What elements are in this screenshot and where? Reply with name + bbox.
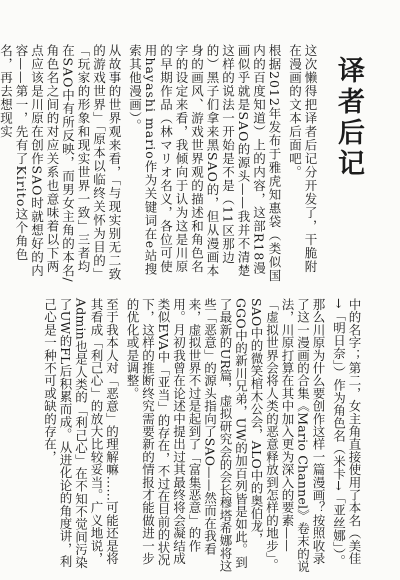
afterword-top-section: 译者后记 这次懒得把译者后记分开发了，干脆附在漫画的文本后面吧。 根据2012年… <box>0 44 365 284</box>
afterword-bottom-section: 中的名字；第二，女主角直接使用了本名（美佳→「明日奈」）作为角色名（米卡→「亚丝… <box>42 298 362 575</box>
afterword-page: 译者后记 这次懒得把译者后记分开发了，干脆附在漫画的文本后面吧。 根据2012年… <box>0 0 400 580</box>
paragraph-malice-interpretation: 至于我本人对「恶意」的理解嘛……可能还是将其看成「利己心」的放大比较妥当。广义地… <box>42 298 120 575</box>
paragraph-origin: 根据2012年发布于雅虎知惠袋（类似国内的百度知道）上的内容，这部R18漫画似乎… <box>127 44 282 284</box>
paragraph-names-continued: 中的名字；第二，女主角直接使用了本名（美佳→「明日奈」）作为角色名（米卡→「亚丝… <box>331 298 362 575</box>
paragraph-intro: 这次懒得把译者后记分开发了，干脆附在漫画的文本后面吧。 <box>287 44 318 284</box>
page-title: 译者后记 <box>331 44 365 284</box>
paragraph-worldview: 从故事的世界观来看，「与现实别无二致的游戏世界」「原本以临终关怀为目的」「玩家的… <box>0 44 122 284</box>
paragraph-motivation: 那么川原为什么要创作这样一篇漫画？按照收录了这一漫画的合集《Mario Chan… <box>125 298 327 575</box>
